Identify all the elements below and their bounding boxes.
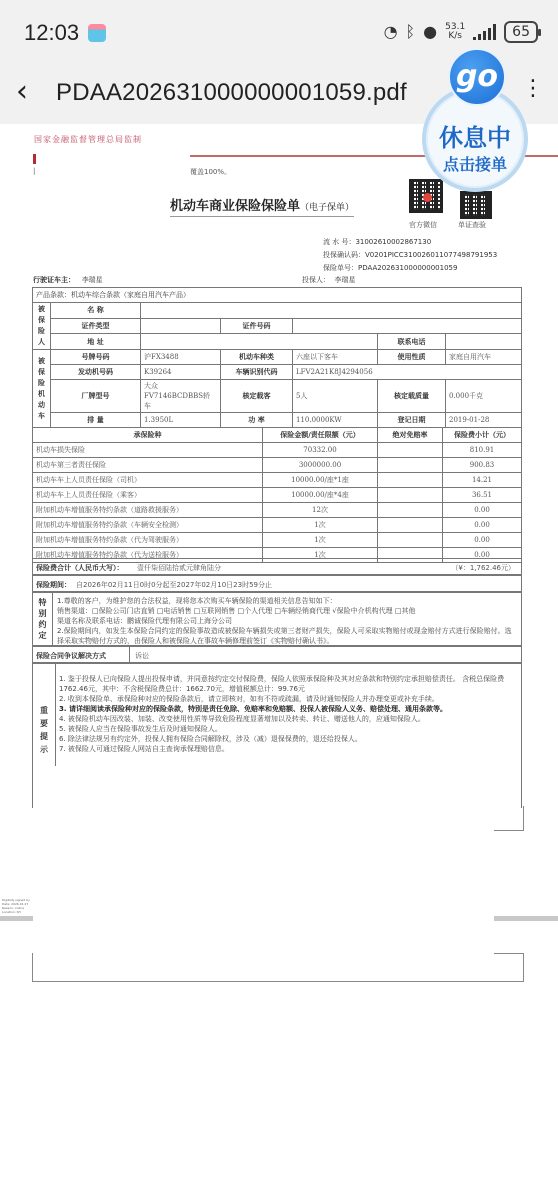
page-separator (494, 916, 558, 921)
margin-mark: | (33, 167, 35, 175)
supervisor-header: 国家金融监督管理总局监制 (34, 134, 142, 145)
signal-icon (473, 24, 496, 40)
coverage-header-name: 承保险种 (33, 428, 263, 443)
vin-label: 车辆识别代码 (221, 365, 293, 380)
digital-signature: Digitally signed by Date: 2026.01.27 Rea… (2, 898, 32, 914)
vehicle-side-label: 被保险机动车 (33, 350, 51, 428)
special-content: 1.尊敬的客户，为维护您的合法权益，现将您本次购买车辆保险的渠道相关信息告知如下… (57, 596, 518, 646)
coverage-header-deductible: 绝对免赔率 (378, 428, 443, 443)
power-value: 110.0000KW (293, 413, 378, 428)
address-value (141, 334, 378, 350)
power-label: 功 率 (221, 413, 293, 428)
coverage-row: 附加机动车增值服务特约条款（道路救援服务） 12次 0.00 (33, 503, 522, 518)
red-mark (33, 154, 36, 164)
app-notification-icon (88, 24, 106, 42)
address-label: 地 址 (51, 334, 141, 350)
model-value: 大众FV7146BCDBBS轿车 (141, 380, 221, 413)
id-number-label: 证件号码 (221, 318, 293, 334)
id-type-label: 证件类型 (51, 318, 141, 334)
load-value: 0.000千克 (446, 380, 522, 413)
phone-label: 联系电话 (378, 334, 446, 350)
notes-side-label: 重要提示 (33, 664, 55, 808)
battery-icon: 65 (504, 21, 538, 43)
coverage-header-premium: 保险费小计（元） (443, 428, 522, 443)
status-icons: ◔ ᛒ ● 53.1 K/s 65 (384, 20, 538, 44)
coverage-header-amount: 保险金额/责任限额（元） (263, 428, 378, 443)
engine-label: 发动机号码 (51, 365, 141, 380)
usage-value: 家庭自用汽车 (446, 350, 522, 365)
dispute-resolution: 保险合同争议解决方式 诉讼 (32, 646, 522, 663)
important-notes: 重要提示 1. 鉴于投保人已向保险人提出投保申请，并同意按约定交付保险费，保险人… (32, 663, 522, 808)
phone-value (446, 334, 522, 350)
seats-value: 5人 (293, 380, 378, 413)
coverage-row: 机动车车上人员责任保险（乘客） 10000.00/座*4座 36.51 (33, 488, 522, 503)
pdf-document[interactable]: 国家金融监督管理总局监制 | 覆盖100%。 机动车商业保险保险单（电子保单） … (0, 124, 558, 1200)
vin-value: LFV2A21K8J4294056 (293, 365, 522, 380)
coverage-row: 附加机动车增值服务特约条款（代为驾驶服务） 1次 0.00 (33, 533, 522, 548)
special-agreement: 特别约定 1.尊敬的客户，为维护您的合法权益，现将您本次购买车辆保险的渠道相关信… (32, 592, 522, 646)
clock: 12:03 (24, 20, 79, 46)
reg-date-value: 2019-01-28 (446, 413, 522, 428)
load-label: 核定载质量 (378, 380, 446, 413)
floating-order-badge[interactable]: 休息中 点击接单 go (418, 48, 538, 198)
vehicle-owner: 行驶证车主： 李瑞星 (33, 275, 103, 285)
insured-name-value (141, 303, 522, 319)
back-button[interactable]: ‹ (16, 74, 40, 110)
engine-value: K39264 (141, 365, 221, 380)
id-number-value (293, 318, 522, 334)
coverage-row: 机动车车上人员责任保险（司机） 10000.00/座*1座 14.21 (33, 473, 522, 488)
insured-name-label: 名 称 (51, 303, 141, 319)
coverage-table: 承保险种 保险金额/责任限额（元） 绝对免赔率 保险费小计（元） 机动车损失保险… (32, 427, 522, 563)
applicant: 投保人： 李瑞星 (302, 275, 355, 285)
model-label: 厂牌型号 (51, 380, 141, 413)
notes-content: 1. 鉴于投保人已向保险人提出投保申请，并同意按约定交付保险费，保险人依照承保险… (59, 674, 517, 754)
insurance-period: 保险期间： 自2026年02月11日0时0分起至2027年02月10日23时59… (32, 575, 522, 592)
page-separator (0, 916, 33, 921)
vehicle-type-value: 六座以下客车 (293, 350, 378, 365)
coverage-row: 机动车损失保险 70332.00 810.91 (33, 443, 522, 458)
badge-status: 休息中 (426, 118, 524, 153)
speedometer-icon: ◔ (384, 24, 398, 40)
policy-number: 保险单号：PDAA202631000000001059 (323, 263, 457, 273)
coverage-row: 机动车第三者责任保险 3000000.00 900.83 (33, 458, 522, 473)
plate-label: 号牌号码 (51, 350, 141, 365)
usage-label: 使用性质 (378, 350, 446, 365)
policy-info-table: 产品条款：机动车综合条款（家庭自用汽车产品） 被保险人 名 称 证件类型 证件号… (32, 287, 522, 428)
location-icon: ● (423, 24, 437, 40)
id-type-value (141, 318, 221, 334)
product-terms: 产品条款：机动车综合条款（家庭自用汽车产品） (33, 288, 522, 303)
displacement-value: 1.3950L (141, 413, 221, 428)
confirm-code: 投保确认码：V0201PICC310026011077498791953 (323, 250, 497, 260)
network-speed: 53.1 K/s (445, 23, 465, 41)
serial-number: 流 水 号：31002610002867130 (323, 237, 431, 247)
document-title: 机动车商业保险保险单（电子保单） (170, 195, 354, 217)
badge-action: 点击接单 (426, 152, 524, 175)
seats-label: 核定载客 (221, 380, 293, 413)
coverage-row: 附加机动车增值服务特约条款（车辆安全检测） 1次 0.00 (33, 518, 522, 533)
go-logo-icon: go (448, 48, 506, 106)
reg-date-label: 登记日期 (378, 413, 446, 428)
insured-side-label: 被保险人 (33, 303, 51, 350)
special-side-label: 特别约定 (33, 593, 53, 645)
qr-label-verify: 单证查验 (458, 220, 486, 230)
page-frame-line (523, 806, 524, 831)
page-2-frame (32, 953, 524, 982)
coverage-note: 覆盖100%。 (190, 167, 231, 177)
qr-label-wechat: 官方微信 (409, 220, 437, 230)
bluetooth-icon: ᛒ (406, 24, 416, 40)
displacement-label: 排 量 (51, 413, 141, 428)
plate-value: 沪FX3488 (141, 350, 221, 365)
file-name: PDAA202631000000001059.pdf (56, 79, 407, 107)
page-frame-line (494, 830, 524, 831)
vehicle-type-label: 机动车种类 (221, 350, 293, 365)
premium-total: 保险费合计（人民币大写）： 壹仟柒佰陆拾贰元肆角陆分 （¥：1,762.46元） (32, 558, 522, 575)
